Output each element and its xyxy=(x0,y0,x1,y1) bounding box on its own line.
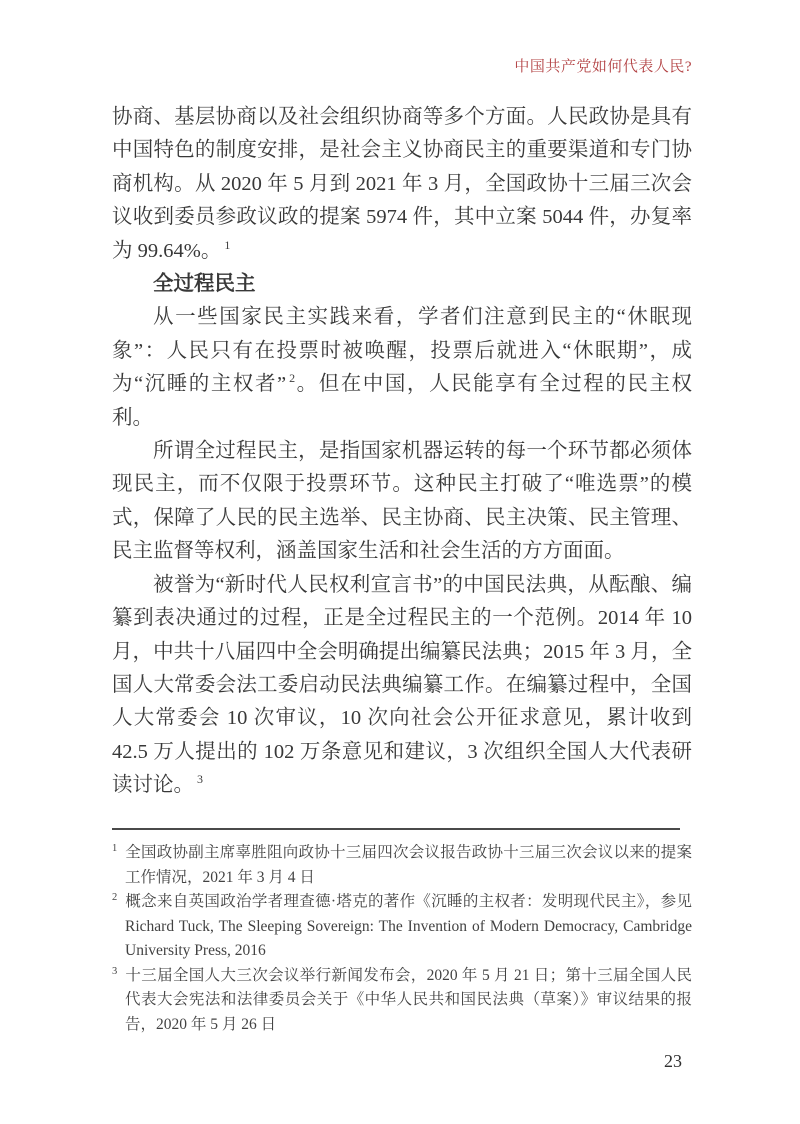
page-content: 协商、基层协商以及社会组织协商等多个方面。人民政协是具有中国特色的制度安排，是社… xyxy=(112,101,692,803)
footnote-3: 3十三届全国人大三次会议举行新闻发布会，2020 年 5 月 21 日；第十三届… xyxy=(112,964,692,1038)
footnote-ref-1: 1 xyxy=(224,238,230,252)
paragraph-text: 被誉为“新时代人民权利宣言书”的中国民法典，从酝酿、编纂到表决通过的过程，正是全… xyxy=(112,574,692,796)
book-page: 中国共产党如何代表人民? 协商、基层协商以及社会组织协商等多个方面。人民政协是具… xyxy=(0,0,800,1124)
page-number: 23 xyxy=(664,1051,682,1072)
paragraph-political-consultation: 协商、基层协商以及社会组织协商等多个方面。人民政协是具有中国特色的制度安排，是社… xyxy=(112,101,692,268)
footnote-text: 概念来自英国政治学者理查德·塔克的著作《沉睡的主权者：发明现代民主》，参见 Ri… xyxy=(125,893,692,959)
paragraph-civil-code-example: 被誉为“新时代人民权利宣言书”的中国民法典，从酝酿、编纂到表决通过的过程，正是全… xyxy=(112,569,692,803)
footnote-divider xyxy=(112,828,680,830)
paragraph-text: 协商、基层协商以及社会组织协商等多个方面。人民政协是具有中国特色的制度安排，是社… xyxy=(112,106,692,262)
footnotes-section: 1全国政协副主席辜胜阻向政协十三届四次会议报告政协十三届三次会议以来的提案工作情… xyxy=(112,828,692,1037)
footnote-text: 全国政协副主席辜胜阻向政协十三届四次会议报告政协十三届三次会议以来的提案工作情况… xyxy=(125,844,692,886)
footnote-text: 十三届全国人大三次会议举行新闻发布会，2020 年 5 月 21 日；第十三届全… xyxy=(125,967,692,1033)
paragraph-text: 所谓全过程民主，是指国家机器运转的每一个环节都必须体现民主，而不仅限于投票环节。… xyxy=(112,440,692,562)
footnote-2: 2概念来自英国政治学者理查德·塔克的著作《沉睡的主权者：发明现代民主》，参见 R… xyxy=(112,890,692,964)
footnote-1: 1全国政协副主席辜胜阻向政协十三届四次会议报告政协十三届三次会议以来的提案工作情… xyxy=(112,841,692,890)
section-heading: 全过程民主 xyxy=(112,268,692,301)
paragraph-whole-process-definition: 所谓全过程民主，是指国家机器运转的每一个环节都必须体现民主，而不仅限于投票环节。… xyxy=(112,435,692,569)
running-header: 中国共产党如何代表人民? xyxy=(112,55,692,76)
footnote-ref-3: 3 xyxy=(197,772,203,786)
paragraph-dormancy-phenomenon: 从一些国家民主实践来看，学者们注意到民主的“休眠现象”：人民只有在投票时被唤醒，… xyxy=(112,301,692,435)
